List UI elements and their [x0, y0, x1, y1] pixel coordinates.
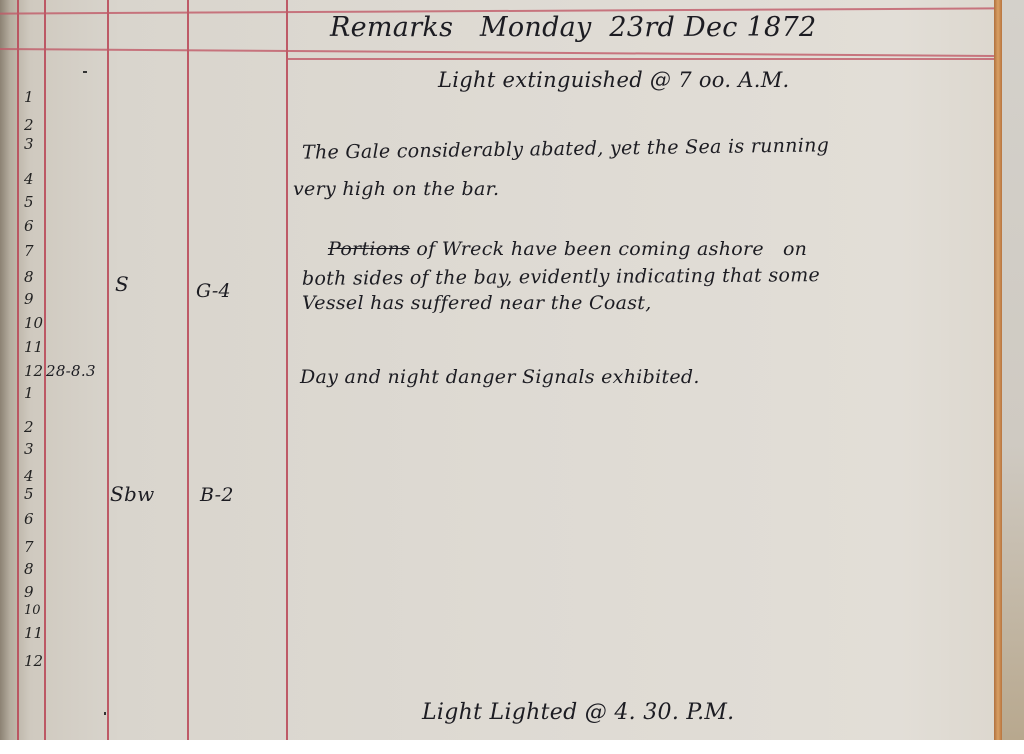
remark-light-lighted: Light Lighted @ 4. 30. P.M.: [422, 700, 734, 725]
hour-am-8: 8: [24, 268, 34, 286]
column-rule-4: [187, 0, 189, 740]
hour-am-10: 10: [24, 314, 43, 332]
ink-speck: [83, 71, 87, 73]
page-title: Remarks Monday 23rd Dec 1872: [330, 12, 816, 43]
remark-gale-line-2: very high on the bar.: [293, 178, 499, 200]
hour-pm-4: 4: [24, 467, 34, 485]
hour-am-3: 3: [24, 135, 34, 153]
page-binding-edge: [994, 0, 1002, 740]
remark-light-extinguished: Light extinguished @ 7 oo. A.M.: [438, 68, 790, 92]
column-rule-5: [286, 0, 288, 740]
barometer-reading: 28-8.3: [46, 362, 96, 380]
remark-wreck-line-2: both sides of the bay, evidently indicat…: [302, 264, 820, 290]
header-rule-under-title: [287, 58, 995, 60]
hour-pm-10: 10: [24, 603, 41, 618]
hour-am-4: 4: [24, 170, 34, 188]
scan-margin: [0, 740, 1024, 754]
remark-gale-line-1: The Gale considerably abated, yet the Se…: [302, 134, 829, 163]
hour-am-2: 2: [24, 116, 34, 134]
hour-pm-12: 12: [24, 652, 43, 670]
wind-entry-9am: S: [115, 272, 129, 296]
adjacent-page-edge: [1002, 0, 1024, 740]
logbook-page: Remarks Monday 23rd Dec 1872 1 2 3 4 5 6…: [0, 0, 1024, 740]
hour-am-6: 6: [24, 217, 34, 235]
hour-am-7: 7: [24, 242, 34, 260]
remark-danger-signals: Day and night danger Signals exhibited.: [300, 366, 700, 388]
remark-wreck-line-1-text: of Wreck have been coming ashore on: [410, 238, 807, 260]
hour-pm-8: 8: [24, 560, 34, 578]
wind-entry-5pm: Sbw: [110, 482, 155, 506]
hour-pm-2: 2: [24, 418, 34, 436]
hour-am-9: 9: [24, 290, 34, 308]
column-rule-1: [17, 0, 19, 740]
hour-am-11: 11: [24, 338, 43, 356]
remark-wreck-struck-word: Portions: [328, 238, 410, 260]
weather-entry-5pm: B-2: [200, 484, 234, 506]
hour-pm-5: 5: [24, 485, 34, 503]
hour-pm-9: 9: [24, 583, 34, 601]
weather-entry-9am: G-4: [196, 280, 231, 302]
hour-pm-3: 3: [24, 440, 34, 458]
hour-am-12: 12: [24, 362, 43, 380]
remark-wreck-line-1: Portions of Wreck have been coming ashor…: [328, 238, 807, 260]
hour-pm-7: 7: [24, 538, 34, 556]
hour-pm-1: 1: [24, 384, 34, 402]
remark-wreck-line-3: Vessel has suffered near the Coast,: [302, 292, 652, 314]
ink-speck: [104, 712, 106, 715]
hour-am-1: 1: [24, 88, 34, 106]
hour-pm-11: 11: [24, 624, 43, 642]
hour-pm-6: 6: [24, 510, 34, 528]
column-rule-3: [107, 0, 109, 740]
header-rule-bottom: [0, 48, 994, 56]
hour-am-5: 5: [24, 193, 34, 211]
